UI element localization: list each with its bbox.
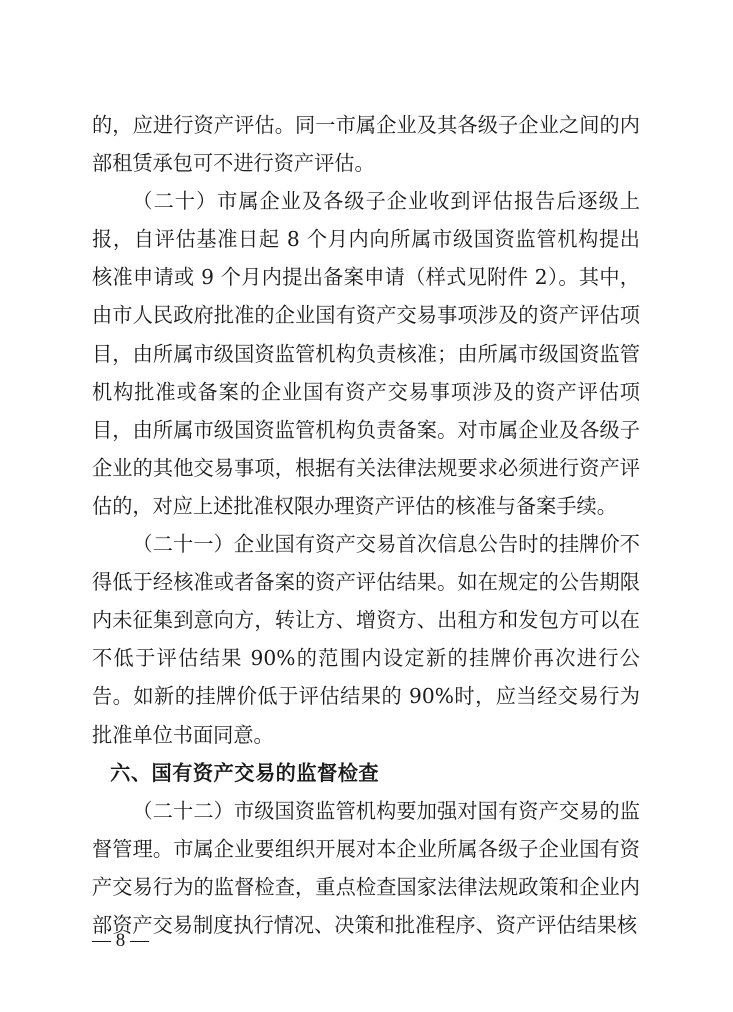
paragraph-continuation: 的，应进行资产评估。同一市属企业及其各级子企业之间的内部租赁承包可不进行资产评估… (92, 106, 640, 182)
page-number: — 8 — (92, 930, 149, 952)
paragraph-20: （二十）市属企业及各级子企业收到评估报告后逐级上报，自评估基准日起 8 个月内向… (92, 182, 640, 525)
document-page: 的，应进行资产评估。同一市属企业及其各级子企业之间的内部租赁承包可不进行资产评估… (0, 0, 733, 1012)
document-body: 的，应进行资产评估。同一市属企业及其各级子企业之间的内部租赁承包可不进行资产评估… (92, 106, 640, 944)
paragraph-22: （二十二）市级国资监管机构要加强对国有资产交易的监督管理。市属企业要组织开展对本… (92, 792, 640, 944)
section-heading-6: 六、国有资产交易的监督检查 (92, 754, 640, 792)
paragraph-21: （二十一）企业国有资产交易首次信息公告时的挂牌价不得低于经核准或者备案的资产评估… (92, 525, 640, 754)
